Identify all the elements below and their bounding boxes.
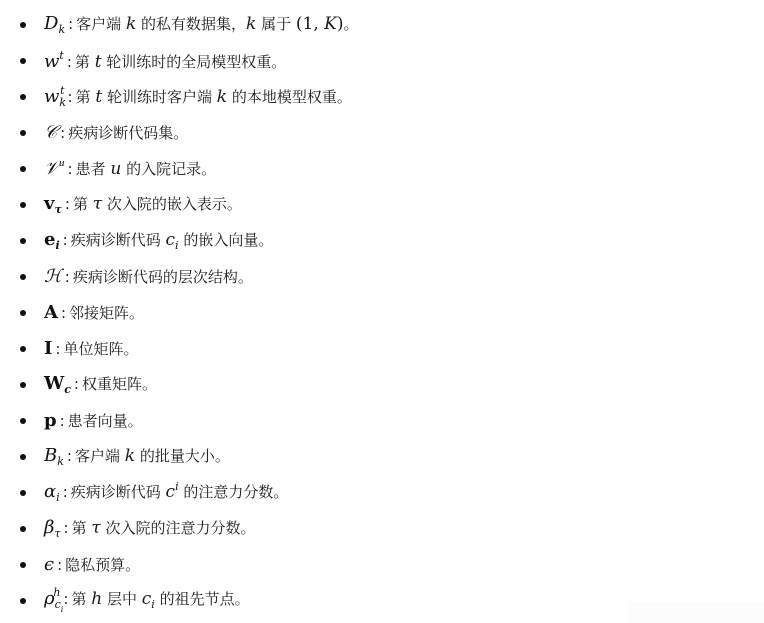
bullet-icon: [20, 202, 26, 208]
notation-entry: Dk:客户端 k 的私有数据集，k 属于 (1, K)。: [44, 13, 359, 36]
math-symbol: 𝒱u: [44, 157, 65, 179]
list-item: Bk:客户端 k 的批量大小。: [0, 438, 764, 474]
notation-entry: I:单位矩阵。: [44, 338, 139, 359]
math-symbol: wt: [44, 49, 64, 72]
math-symbol: ei: [44, 229, 60, 252]
description-text: 第 τ 次入院的注意力分数。: [72, 517, 256, 538]
bullet-icon: [20, 418, 26, 424]
notation-entry: vτ:第 τ 次入院的嵌入表示。: [44, 193, 242, 216]
notation-entry: 𝒞:疾病诊断代码集。: [44, 122, 188, 143]
separator: :: [61, 304, 66, 322]
separator: :: [60, 124, 65, 142]
description-text: 疾病诊断代码 ci 的嵌入向量。: [71, 229, 274, 252]
math-symbol: ρcih: [44, 586, 60, 614]
description-text: 客户端 k 的私有数据集，k 属于 (1, K)。: [76, 13, 358, 34]
list-item: ei:疾病诊断代码 ci 的嵌入向量。: [0, 222, 764, 258]
list-item: Dk:客户端 k 的私有数据集，k 属于 (1, K)。: [0, 6, 764, 42]
notation-entry: A:邻接矩阵。: [44, 302, 144, 323]
math-symbol: Bk: [44, 445, 64, 468]
watermark-area: [628, 602, 764, 623]
description-text: 客户端 k 的批量大小。: [75, 445, 230, 466]
description-text: 第 τ 次入院的嵌入表示。: [73, 193, 242, 214]
list-item: wt:第 t 轮训练时的全局模型权重。: [0, 42, 764, 78]
notation-entry: Bk:客户端 k 的批量大小。: [44, 445, 230, 468]
separator: :: [63, 483, 68, 501]
description-text: 患者向量。: [68, 410, 143, 431]
notation-entry: p:患者向量。: [44, 410, 143, 431]
bullet-icon: [20, 562, 26, 568]
list-item: p:患者向量。: [0, 402, 764, 438]
bullet-icon: [20, 238, 26, 244]
description-text: 邻接矩阵。: [69, 302, 144, 323]
bullet-icon: [20, 346, 26, 352]
math-symbol: wkt: [44, 84, 65, 109]
list-item: 𝒞:疾病诊断代码集。: [0, 114, 764, 150]
notation-entry: ℋ:疾病诊断代码的层次结构。: [44, 266, 253, 287]
bullet-icon: [20, 382, 26, 388]
description-text: 疾病诊断代码 ci 的注意力分数。: [71, 480, 289, 502]
separator: :: [55, 340, 60, 358]
list-item: A:邻接矩阵。: [0, 294, 764, 330]
separator: :: [63, 590, 68, 608]
math-symbol: βτ: [44, 517, 61, 540]
description-text: 单位矩阵。: [63, 338, 138, 359]
notation-entry: αi:疾病诊断代码 ci 的注意力分数。: [44, 480, 288, 504]
bullet-icon: [20, 22, 26, 28]
separator: :: [67, 447, 72, 465]
separator: :: [64, 519, 69, 537]
bullet-icon: [20, 94, 26, 100]
notation-entry: Wc:权重矩阵。: [44, 373, 157, 396]
math-symbol: I: [44, 338, 52, 359]
notation-entry: 𝒱u:患者 u 的入院记录。: [44, 157, 216, 179]
bullet-icon: [20, 454, 26, 460]
bullet-icon: [20, 58, 26, 64]
notation-entry: wkt:第 t 轮训练时客户端 k 的本地模型权重。: [44, 84, 352, 109]
math-symbol: Wc: [44, 373, 71, 396]
separator: :: [63, 231, 68, 249]
list-item: vτ:第 τ 次入院的嵌入表示。: [0, 186, 764, 222]
separator: :: [57, 556, 62, 574]
bullet-icon: [20, 274, 26, 280]
notation-entry: ρcih:第 h 层中 ci 的祖先节点。: [44, 586, 250, 614]
separator: :: [68, 160, 73, 178]
description-text: 第 t 轮训练时客户端 k 的本地模型权重。: [76, 86, 352, 107]
math-symbol: ϵ: [44, 554, 54, 575]
notation-entry: βτ:第 τ 次入院的注意力分数。: [44, 517, 256, 540]
list-item: βτ:第 τ 次入院的注意力分数。: [0, 510, 764, 546]
list-item: 𝒱u:患者 u 的入院记录。: [0, 150, 764, 186]
math-symbol: vτ: [44, 193, 62, 216]
math-symbol: Dk: [44, 13, 65, 36]
description-text: 患者 u 的入院记录。: [76, 158, 217, 179]
description-text: 第 h 层中 ci 的祖先节点。: [71, 588, 249, 611]
math-symbol: αi: [44, 481, 60, 504]
separator: :: [60, 412, 65, 430]
separator: :: [68, 88, 73, 106]
description-text: 疾病诊断代码集。: [68, 122, 188, 143]
math-symbol: 𝒞: [44, 122, 57, 143]
bullet-icon: [20, 526, 26, 532]
math-symbol: ℋ: [44, 266, 62, 287]
description-text: 权重矩阵。: [82, 373, 157, 394]
bullet-icon: [20, 166, 26, 172]
bullet-icon: [20, 598, 26, 604]
math-symbol: p: [44, 410, 57, 431]
list-item: αi:疾病诊断代码 ci 的注意力分数。: [0, 474, 764, 510]
list-item: wkt:第 t 轮训练时客户端 k 的本地模型权重。: [0, 78, 764, 114]
separator: :: [65, 268, 70, 286]
bullet-icon: [20, 310, 26, 316]
separator: :: [68, 15, 73, 33]
separator: :: [67, 53, 72, 71]
notation-entry: ei:疾病诊断代码 ci 的嵌入向量。: [44, 229, 273, 252]
list-item: ℋ:疾病诊断代码的层次结构。: [0, 258, 764, 294]
description-text: 隐私预算。: [65, 554, 140, 575]
description-text: 疾病诊断代码的层次结构。: [73, 266, 253, 287]
separator: :: [74, 375, 79, 393]
list-item: Wc:权重矩阵。: [0, 366, 764, 402]
separator: :: [65, 195, 70, 213]
bullet-icon: [20, 490, 26, 496]
bullet-icon: [20, 130, 26, 136]
list-item: I:单位矩阵。: [0, 330, 764, 366]
notation-entry: wt:第 t 轮训练时的全局模型权重。: [44, 49, 286, 72]
math-symbol: A: [44, 302, 58, 323]
list-item: ϵ:隐私预算。: [0, 546, 764, 582]
notation-entry: ϵ:隐私预算。: [44, 554, 140, 575]
notation-list: Dk:客户端 k 的私有数据集，k 属于 (1, K)。wt:第 t 轮训练时的…: [0, 6, 764, 618]
description-text: 第 t 轮训练时的全局模型权重。: [75, 51, 286, 72]
